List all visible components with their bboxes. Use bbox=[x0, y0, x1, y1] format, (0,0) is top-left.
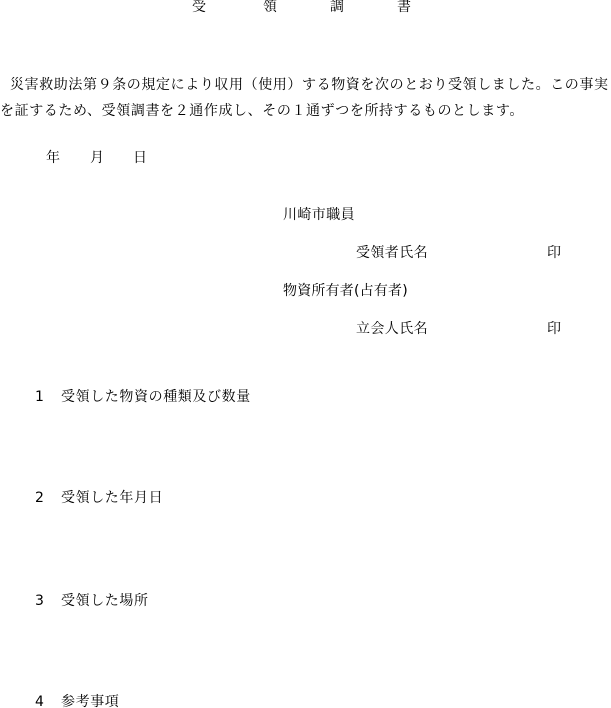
item-text: 受領した場所 bbox=[61, 594, 149, 608]
date-year-label: 年 bbox=[46, 151, 60, 165]
date-day-label: 日 bbox=[133, 151, 147, 165]
item-text: 受領した年月日 bbox=[61, 491, 163, 505]
item-text: 参考事項 bbox=[61, 695, 119, 708]
owner-label: 物資所有者(占有者) bbox=[283, 284, 408, 298]
date-month-label: 月 bbox=[90, 151, 104, 165]
item-number: 2 bbox=[35, 491, 44, 505]
witness-name-label: 立会人氏名 bbox=[356, 322, 428, 336]
title-char-3: 調 bbox=[330, 0, 344, 14]
item-number: 3 bbox=[35, 594, 44, 608]
paragraph-line-1: 災害救助法第９条の規定により収用（使用）する物資を次のとおり受領しました。この事… bbox=[0, 78, 611, 92]
witness-seal-mark: 印 bbox=[547, 322, 561, 336]
item-number: 1 bbox=[35, 390, 44, 404]
paragraph-line-2: を証するため、受領調書を２通作成し、その１通ずつを所持するものとします。 bbox=[0, 104, 611, 118]
receiver-seal-mark: 印 bbox=[547, 246, 561, 260]
title-char-1: 受 bbox=[192, 0, 206, 14]
item-number: 4 bbox=[35, 695, 44, 708]
receiver-name-label: 受領者氏名 bbox=[356, 246, 428, 260]
official-label: 川崎市職員 bbox=[283, 208, 355, 222]
item-text: 受領した物資の種類及び数量 bbox=[61, 390, 251, 404]
title-char-2: 領 bbox=[263, 0, 277, 14]
title-char-4: 書 bbox=[397, 0, 411, 14]
